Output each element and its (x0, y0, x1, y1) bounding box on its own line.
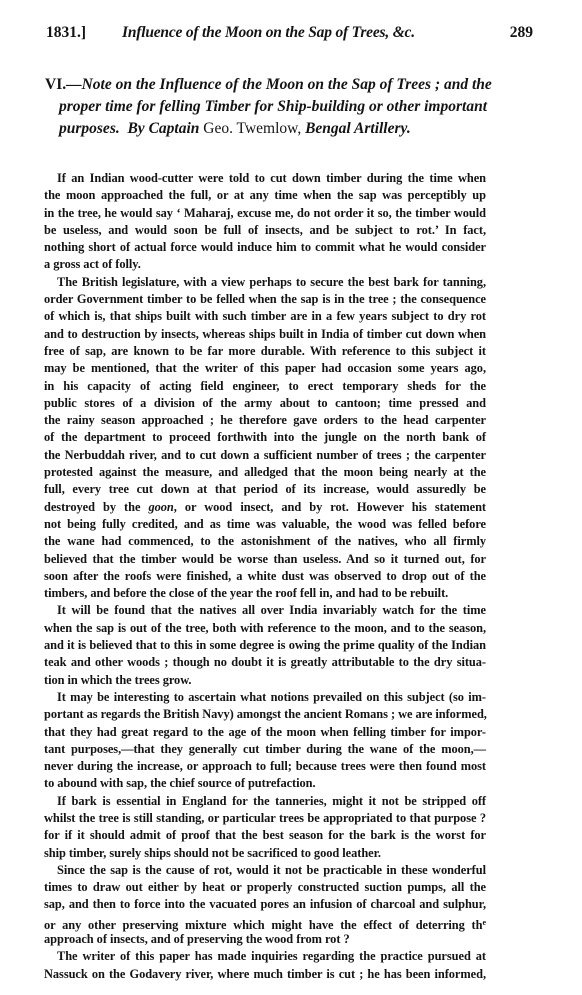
text-line: approach of insects, and of preserving t… (44, 931, 486, 948)
author-affiliation: Bengal Artillery. (305, 120, 411, 137)
text-line: believed that the timber would be worse … (44, 551, 486, 568)
text-line: Nassuck on the Godavery river, where muc… (44, 966, 486, 983)
paragraph: If bark is essential in England for the … (44, 793, 486, 862)
text-line: the wane had commenced, to the astonishm… (44, 533, 486, 550)
paragraph: It may be interesting to ascertain what … (44, 689, 486, 793)
text-line: to abound with sap, the chief source of … (44, 775, 486, 792)
text-line: and to destruction by insects, whereas s… (44, 326, 486, 343)
text-line: order Government timber to be felled whe… (44, 291, 486, 308)
text-line: free of sap, are known to be far more du… (44, 343, 486, 360)
running-head-title: Influence of the Moon on the Sap of Tree… (122, 24, 415, 42)
text-line: nothing short of actual force would indu… (44, 239, 486, 256)
text-line: never during the increase, or approach t… (44, 758, 486, 775)
running-head: 1831.] Influence of the Moon on the Sap … (46, 24, 486, 48)
text-line: times to draw out either by heat or prop… (44, 879, 486, 896)
paragraph: The writer of this paper has made inquir… (44, 948, 486, 983)
text-line: full, every tree cut down at that period… (44, 481, 486, 498)
text-line: It may be interesting to ascertain what … (44, 689, 486, 706)
text-line: destroyed by the goon, or wood insect, a… (44, 499, 486, 516)
text-line: tion in which the trees grow. (44, 672, 486, 689)
text-line: be useless, and would soon be full of in… (44, 222, 486, 239)
text-line: when the sap is out of the tree, both wi… (44, 620, 486, 637)
paragraph: If an Indian wood-cutter were told to cu… (44, 170, 486, 274)
article-title-part-1: —Note on the Influence of the Moon on th… (66, 76, 492, 93)
text-line: may be mentioned, that the writer of thi… (44, 360, 486, 377)
document-page: 1831.] Influence of the Moon on the Sap … (0, 0, 582, 995)
text-line: It will be found that the natives all ov… (44, 602, 486, 619)
text-line: of which is, that ships built with such … (44, 308, 486, 325)
text-line: or any other preserving mixture which mi… (44, 914, 486, 931)
text-line: and it is believed that to this in some … (44, 637, 486, 654)
text-line: public stores of a division of the army … (44, 395, 486, 412)
byline: purposes. By Captain Geo. Twemlow, Benga… (45, 118, 487, 140)
paragraph: Since the sap is the cause of rot, would… (44, 862, 486, 948)
text-line: portant as regards the British Navy) amo… (44, 706, 486, 723)
text-line: The British legislature, with a view per… (44, 274, 486, 291)
heading-line-1: VI.—Note on the Influence of the Moon on… (45, 74, 487, 96)
text-line: not being fully credited, and as time wa… (44, 516, 486, 533)
text-line: timbers, and before the close of the yea… (44, 585, 486, 602)
article-body: If an Indian wood-cutter were told to cu… (44, 170, 486, 983)
text-line: teak and other woods ; though no doubt i… (44, 654, 486, 671)
text-line: in his capacity of acting field engineer… (44, 378, 486, 395)
text-line: The writer of this paper has made inquir… (44, 948, 486, 965)
article-number: VI. (45, 76, 66, 93)
article-heading: VI.—Note on the Influence of the Moon on… (45, 74, 487, 140)
heading-line-2: proper time for felling Timber for Ship-… (45, 96, 487, 118)
page-number: 289 (510, 24, 533, 42)
paragraph: It will be found that the natives all ov… (44, 602, 486, 688)
text-line: the moon approached the full, or at any … (44, 187, 486, 204)
text-line: that they had great regard to the age of… (44, 724, 486, 741)
text-line: tant purposes,—that they generally cut t… (44, 741, 486, 758)
text-line: sap, and then to force into the vacuated… (44, 896, 486, 913)
text-line: If an Indian wood-cutter were told to cu… (44, 170, 486, 187)
text-line: for if it should admit of proof that the… (44, 827, 486, 844)
text-line: the Nerbuddah river, and to cut down a s… (44, 447, 486, 464)
text-line: soon after the roofs were finished, a wh… (44, 568, 486, 585)
text-line: of the department to proceed forthwith i… (44, 429, 486, 446)
text-line: Since the sap is the cause of rot, would… (44, 862, 486, 879)
paragraph: The British legislature, with a view per… (44, 274, 486, 603)
text-line: a gross act of folly. (44, 256, 486, 273)
text-line: the rainy season approached ; he therefo… (44, 412, 486, 429)
running-head-year: 1831.] (46, 24, 86, 42)
text-line: protested against the measure, and alled… (44, 464, 486, 481)
author-name: Geo. Twemlow, (199, 120, 305, 137)
text-line: whilst the tree is still standing, or pa… (44, 810, 486, 827)
byline-prefix: purposes. By Captain (59, 120, 199, 137)
text-line: If bark is essential in England for the … (44, 793, 486, 810)
text-line: in the tree, he would say ‘ Maharaj, exc… (44, 205, 486, 222)
text-line: ship timber, surely ships should not be … (44, 845, 486, 862)
